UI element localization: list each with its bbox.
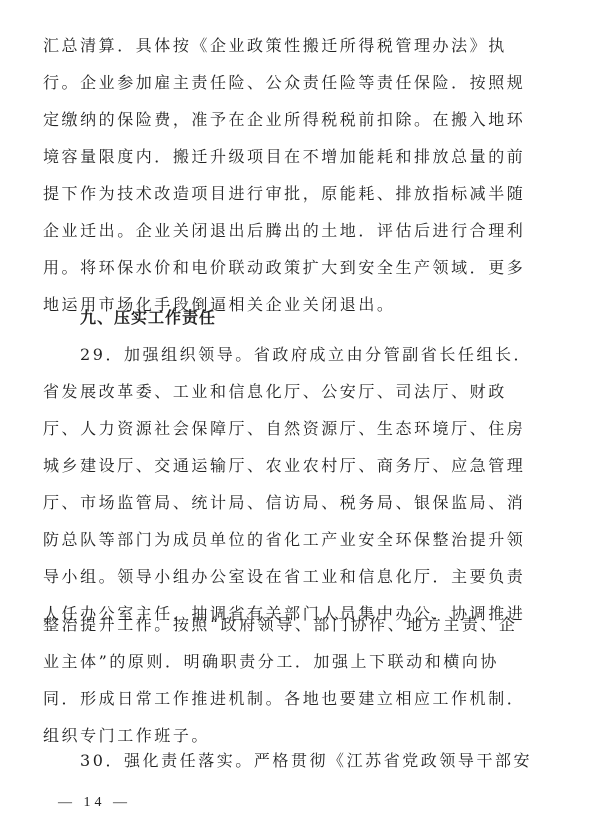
item-29-line: 29．加强组织领导。省政府成立由分管副省长任组长． [80, 343, 590, 367]
item-29-line: 城乡建设厅、交通运输厅、农业农村厅、商务厅、应急管理 [43, 454, 553, 478]
paragraph-line: 用。将环保水价和电价联动政策扩大到安全生产领域．更多 [43, 256, 553, 280]
item-29-line: 厅、市场监管局、统计局、信访局、税务局、银保监局、消 [43, 491, 553, 515]
item-29-line: 整治提升工作。按照“政府领导、部门协作、地方主责、企 [43, 613, 553, 637]
item-29-line: 组织专门工作班子。 [43, 724, 553, 748]
item-29-line: 业主体”的原则．明确职责分工．加强上下联动和横向协 [43, 650, 553, 674]
page-number: — 14 — [58, 795, 131, 811]
item-29-line: 省发展改革委、工业和信息化厅、公安厅、司法厅、财政 [43, 380, 553, 404]
item-29-line: 同．形成日常工作推进机制。各地也要建立相应工作机制． [43, 687, 553, 711]
paragraph-line: 汇总清算．具体按《企业政策性搬迁所得税管理办法》执 [43, 34, 553, 58]
item-29-line: 厅、人力资源社会保障厅、自然资源厅、生态环境厅、住房 [43, 417, 553, 441]
paragraph-line: 提下作为技术改造项目进行审批，原能耗、排放指标减半随 [43, 182, 553, 206]
item-29-line: 防总队等部门为成员单位的省化工产业安全环保整治提升领 [43, 528, 553, 552]
paragraph-line: 企业迁出。企业关闭退出后腾出的土地．评估后进行合理利 [43, 219, 553, 243]
item-29-line: 导小组。领导小组办公室设在省工业和信息化厅．主要负责 [43, 565, 553, 589]
paragraph-line: 定缴纳的保险费，准予在企业所得税税前扣除。在搬入地环 [43, 108, 553, 132]
paragraph-line: 行。企业参加雇主责任险、公众责任险等责任保险．按照规 [43, 71, 553, 95]
item-30-line: 30．强化责任落实。严格贯彻《江苏省党政领导干部安 [80, 749, 590, 773]
paragraph-line: 境容量限度内．搬迁升级项目在不增加能耗和排放总量的前 [43, 145, 553, 169]
section-heading: 九、压实工作责任 [80, 306, 590, 330]
document-page: 汇总清算．具体按《企业政策性搬迁所得税管理办法》执 行。企业参加雇主责任险、公众… [0, 0, 600, 823]
